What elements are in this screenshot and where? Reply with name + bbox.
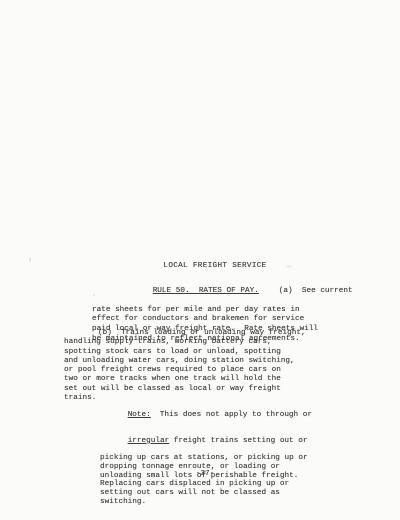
note-second-line: irregularfreight trains setting out or [100, 428, 330, 454]
note-second-line-text: freight trains setting out or [174, 437, 308, 445]
note-underlined-word: irregular [128, 437, 170, 445]
note-label: Note: [128, 411, 151, 419]
scan-artifact [93, 294, 95, 296]
note-first-line: Note:This does not apply to through or [100, 402, 330, 428]
note-paragraph: Note:This does not apply to through or i… [100, 402, 330, 506]
note-first-line-text: This does not apply to through or [160, 411, 312, 419]
scanned-document-page: LOCAL FREIGHT SERVICE RULE 50. RATES OF … [0, 0, 400, 520]
rule-heading: RULE 50. RATES OF PAY. [153, 287, 259, 295]
document-title: LOCAL FREIGHT SERVICE [15, 262, 400, 270]
paragraph-b: (b) Trains loading or unloading way frei… [64, 329, 324, 403]
paragraph-a-first-line: RULE 50. RATES OF PAY.(a) See current [125, 277, 342, 306]
page-number: -37- [5, 470, 400, 478]
scan-artifact [286, 265, 292, 268]
paragraph-a-lead-in: (a) See current [279, 287, 353, 295]
note-body: picking up cars at stations, or picking … [100, 454, 330, 506]
